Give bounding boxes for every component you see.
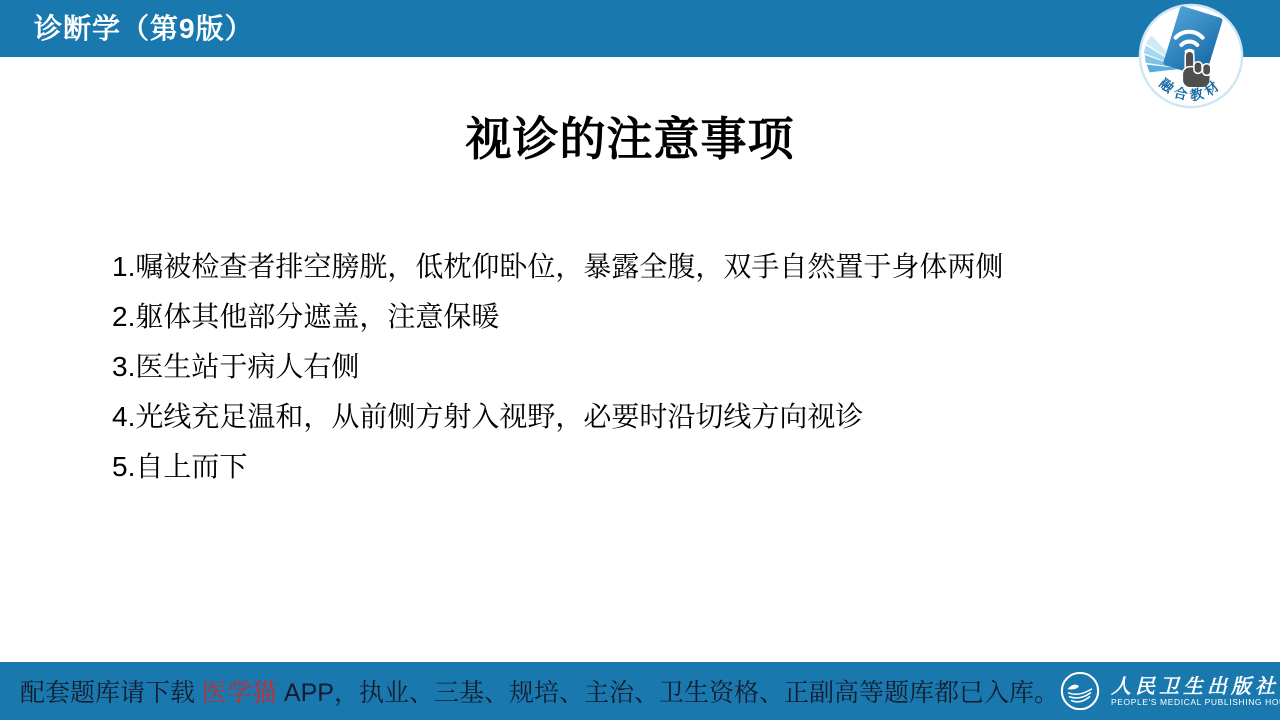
promo-prefix: 配套题库请下载: [20, 679, 202, 707]
footer-promo-text: 配套题库请下载 医学猫 APP，执业、三基、规培、主治、卫生资格、正副高等题库都…: [0, 673, 1059, 709]
list-item: 4.光线充足温和，从前侧方射入视野，必要时沿切线方向视诊: [112, 392, 1220, 442]
publisher-name-en: PEOPLE'S MEDICAL PUBLISHING HOUSE: [1111, 697, 1280, 708]
app-name-highlight: 医学猫: [202, 679, 277, 707]
publisher-name-cn: 人民卫生出版社: [1111, 675, 1280, 697]
list-item: 2.躯体其他部分遮盖，注意保暖: [112, 292, 1220, 342]
book-title: 诊断学（第9版）: [34, 0, 254, 57]
fusion-textbook-badge: 融合教材: [1138, 3, 1244, 109]
slide-page: 诊断学（第9版）: [0, 0, 1280, 720]
publisher-emblem-icon: [1059, 670, 1101, 712]
list-item: 5.自上而下: [112, 442, 1220, 492]
notes-list: 1.嘱被检查者排空膀胱，低枕仰卧位，暴露全腹，双手自然置于身体两侧 2.躯体其他…: [112, 242, 1220, 492]
promo-suffix: APP，执业、三基、规培、主治、卫生资格、正副高等题库都已入库。: [277, 679, 1059, 707]
fusion-badge-icon: 融合教材: [1138, 3, 1244, 109]
list-item: 1.嘱被检查者排空膀胱，低枕仰卧位，暴露全腹，双手自然置于身体两侧: [112, 242, 1220, 292]
slide-title: 视诊的注意事项: [0, 103, 1260, 169]
top-bar: 诊断学（第9版）: [0, 0, 1280, 57]
list-item: 3.医生站于病人右侧: [112, 342, 1220, 392]
publisher-text: 人民卫生出版社 PEOPLE'S MEDICAL PUBLISHING HOUS…: [1111, 675, 1280, 708]
publisher-logo: 人民卫生出版社 PEOPLE'S MEDICAL PUBLISHING HOUS…: [1059, 670, 1280, 712]
footer-bar: 配套题库请下载 医学猫 APP，执业、三基、规培、主治、卫生资格、正副高等题库都…: [0, 662, 1280, 720]
